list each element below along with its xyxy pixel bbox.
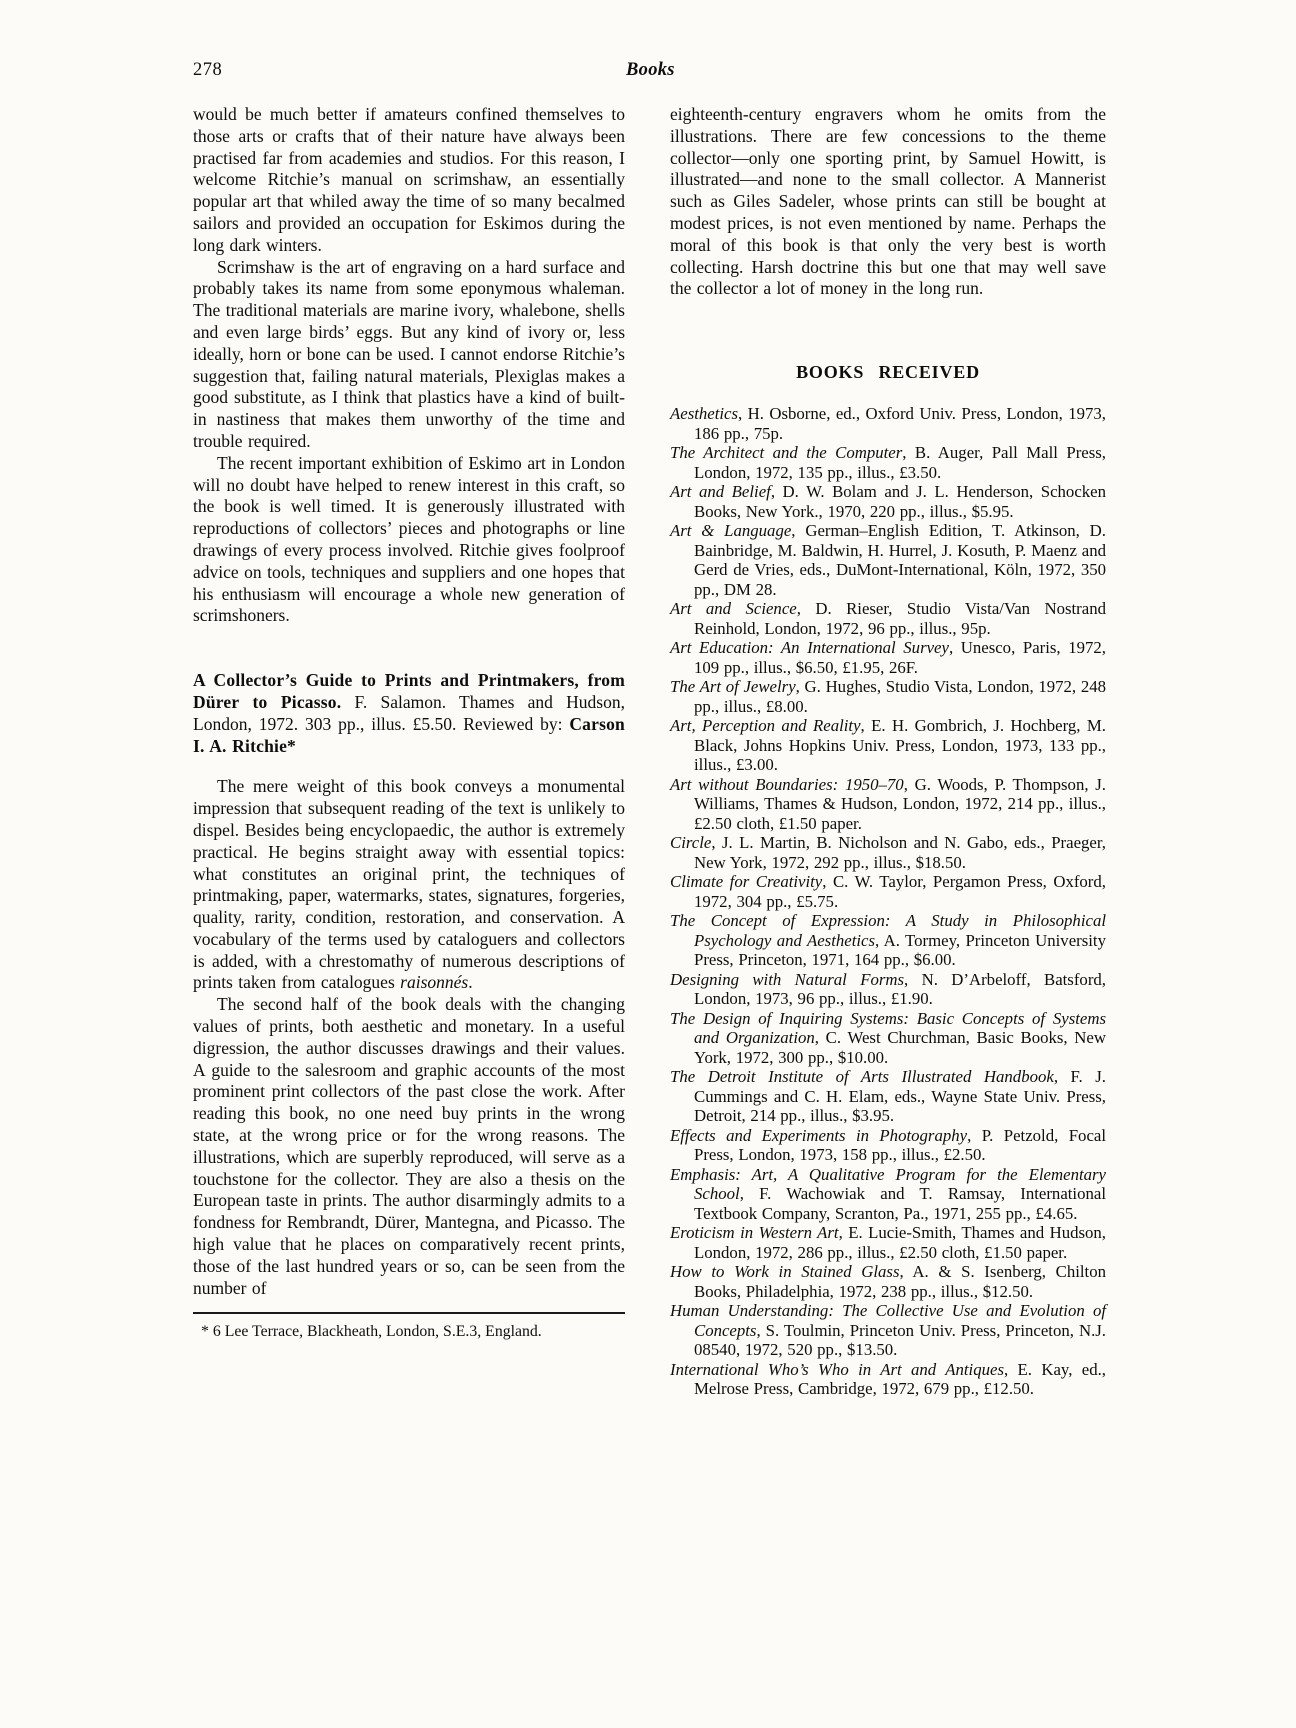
review-paragraph: The second half of the book deals with t… xyxy=(193,994,625,1299)
book-title: The Art of Jewelry xyxy=(670,677,796,696)
page-header: 278 Books xyxy=(193,60,1125,88)
book-title: Climate for Creativity xyxy=(670,872,822,891)
body-paragraph: would be much better if amateurs confine… xyxy=(193,104,625,257)
book-entry: Human Understanding: The Collective Use … xyxy=(670,1301,1106,1360)
running-title: Books xyxy=(626,60,675,81)
book-title: The Architect and the Computer xyxy=(670,443,902,462)
book-title: Art & Language xyxy=(670,521,791,540)
books-received-heading: BOOKS RECEIVED xyxy=(670,362,1106,383)
body-paragraph: eighteenth-century engravers whom he omi… xyxy=(670,104,1106,300)
italic-term: raisonnés xyxy=(400,972,468,992)
page-number: 278 xyxy=(193,60,222,81)
footnote-rule xyxy=(193,1312,625,1314)
book-entry: Effects and Experiments in Photography, … xyxy=(670,1126,1106,1165)
text-run: . xyxy=(468,972,472,992)
book-review: A Collector’s Guide to Prints and Printm… xyxy=(193,670,625,1299)
book-entry: Aesthetics, H. Osborne, ed., Oxford Univ… xyxy=(670,404,1106,443)
book-title: How to Work in Stained Glass xyxy=(670,1262,900,1281)
book-title: The Detroit Institute of Arts Illustrate… xyxy=(670,1067,1054,1086)
book-title: Aesthetics xyxy=(670,404,738,423)
book-entry: Circle, J. L. Martin, B. Nicholson and N… xyxy=(670,833,1106,872)
book-title: Art without Boundaries: 1950–70 xyxy=(670,775,904,794)
right-column: eighteenth-century engravers whom he omi… xyxy=(670,104,1106,1399)
book-title: Art, Perception and Reality xyxy=(670,716,861,735)
book-entry: The Detroit Institute of Arts Illustrate… xyxy=(670,1067,1106,1126)
book-title: Designing with Natural Forms xyxy=(670,970,904,989)
book-entry: Art and Belief, D. W. Bolam and J. L. He… xyxy=(670,482,1106,521)
book-entry: The Design of Inquiring Systems: Basic C… xyxy=(670,1009,1106,1068)
book-entry: Art, Perception and Reality, E. H. Gombr… xyxy=(670,716,1106,775)
book-entry: The Concept of Expression: A Study in Ph… xyxy=(670,911,1106,970)
book-entry: Art and Science, D. Rieser, Studio Vista… xyxy=(670,599,1106,638)
book-title: International Who’s Who in Art and Antiq… xyxy=(670,1360,1004,1379)
body-paragraph: The recent important exhibition of Eskim… xyxy=(193,453,625,627)
book-entry: Emphasis: Art, A Qualitative Program for… xyxy=(670,1165,1106,1224)
book-entry: Art without Boundaries: 1950–70, G. Wood… xyxy=(670,775,1106,834)
review-text: The mere weight of this book conveys a m… xyxy=(193,776,625,1299)
book-entry: Art Education: An International Survey, … xyxy=(670,638,1106,677)
book-title: Eroticism in Western Art xyxy=(670,1223,839,1242)
text-run: The second half of the book deals with t… xyxy=(193,994,625,1297)
text-run: The mere weight of this book conveys a m… xyxy=(193,776,625,992)
books-received-list: Aesthetics, H. Osborne, ed., Oxford Univ… xyxy=(670,404,1106,1399)
book-entry: The Art of Jewelry, G. Hughes, Studio Vi… xyxy=(670,677,1106,716)
body-paragraph: Scrimshaw is the art of engraving on a h… xyxy=(193,257,625,453)
book-title: Art and Science xyxy=(670,599,797,618)
book-entry: How to Work in Stained Glass, A. & S. Is… xyxy=(670,1262,1106,1301)
book-details: , H. Osborne, ed., Oxford Univ. Press, L… xyxy=(694,404,1106,443)
book-title: Art Education: An International Survey xyxy=(670,638,949,657)
book-title: Art and Belief xyxy=(670,482,771,501)
left-column: would be much better if amateurs confine… xyxy=(193,104,625,1341)
book-entry: Eroticism in Western Art, E. Lucie-Smith… xyxy=(670,1223,1106,1262)
review-paragraph: The mere weight of this book conveys a m… xyxy=(193,776,625,994)
left-column-text: would be much better if amateurs confine… xyxy=(193,104,625,627)
book-entry: The Architect and the Computer, B. Auger… xyxy=(670,443,1106,482)
book-entry: Designing with Natural Forms, N. D’Arbel… xyxy=(670,970,1106,1009)
book-title: Effects and Experiments in Photography xyxy=(670,1126,967,1145)
book-entry: Climate for Creativity, C. W. Taylor, Pe… xyxy=(670,872,1106,911)
book-entry: Art & Language, German–English Edition, … xyxy=(670,521,1106,599)
book-details: , F. Wachowiak and T. Ramsay, Internatio… xyxy=(694,1184,1106,1223)
book-entry: International Who’s Who in Art and Antiq… xyxy=(670,1360,1106,1399)
book-details: , S. Toulmin, Princeton Univ. Press, Pri… xyxy=(694,1321,1106,1360)
reviewer-footnote: * 6 Lee Terrace, Blackheath, London, S.E… xyxy=(193,1322,625,1341)
review-citation: A Collector’s Guide to Prints and Printm… xyxy=(193,670,625,757)
book-title: Circle xyxy=(670,833,711,852)
book-details: , J. L. Martin, B. Nicholson and N. Gabo… xyxy=(694,833,1106,872)
